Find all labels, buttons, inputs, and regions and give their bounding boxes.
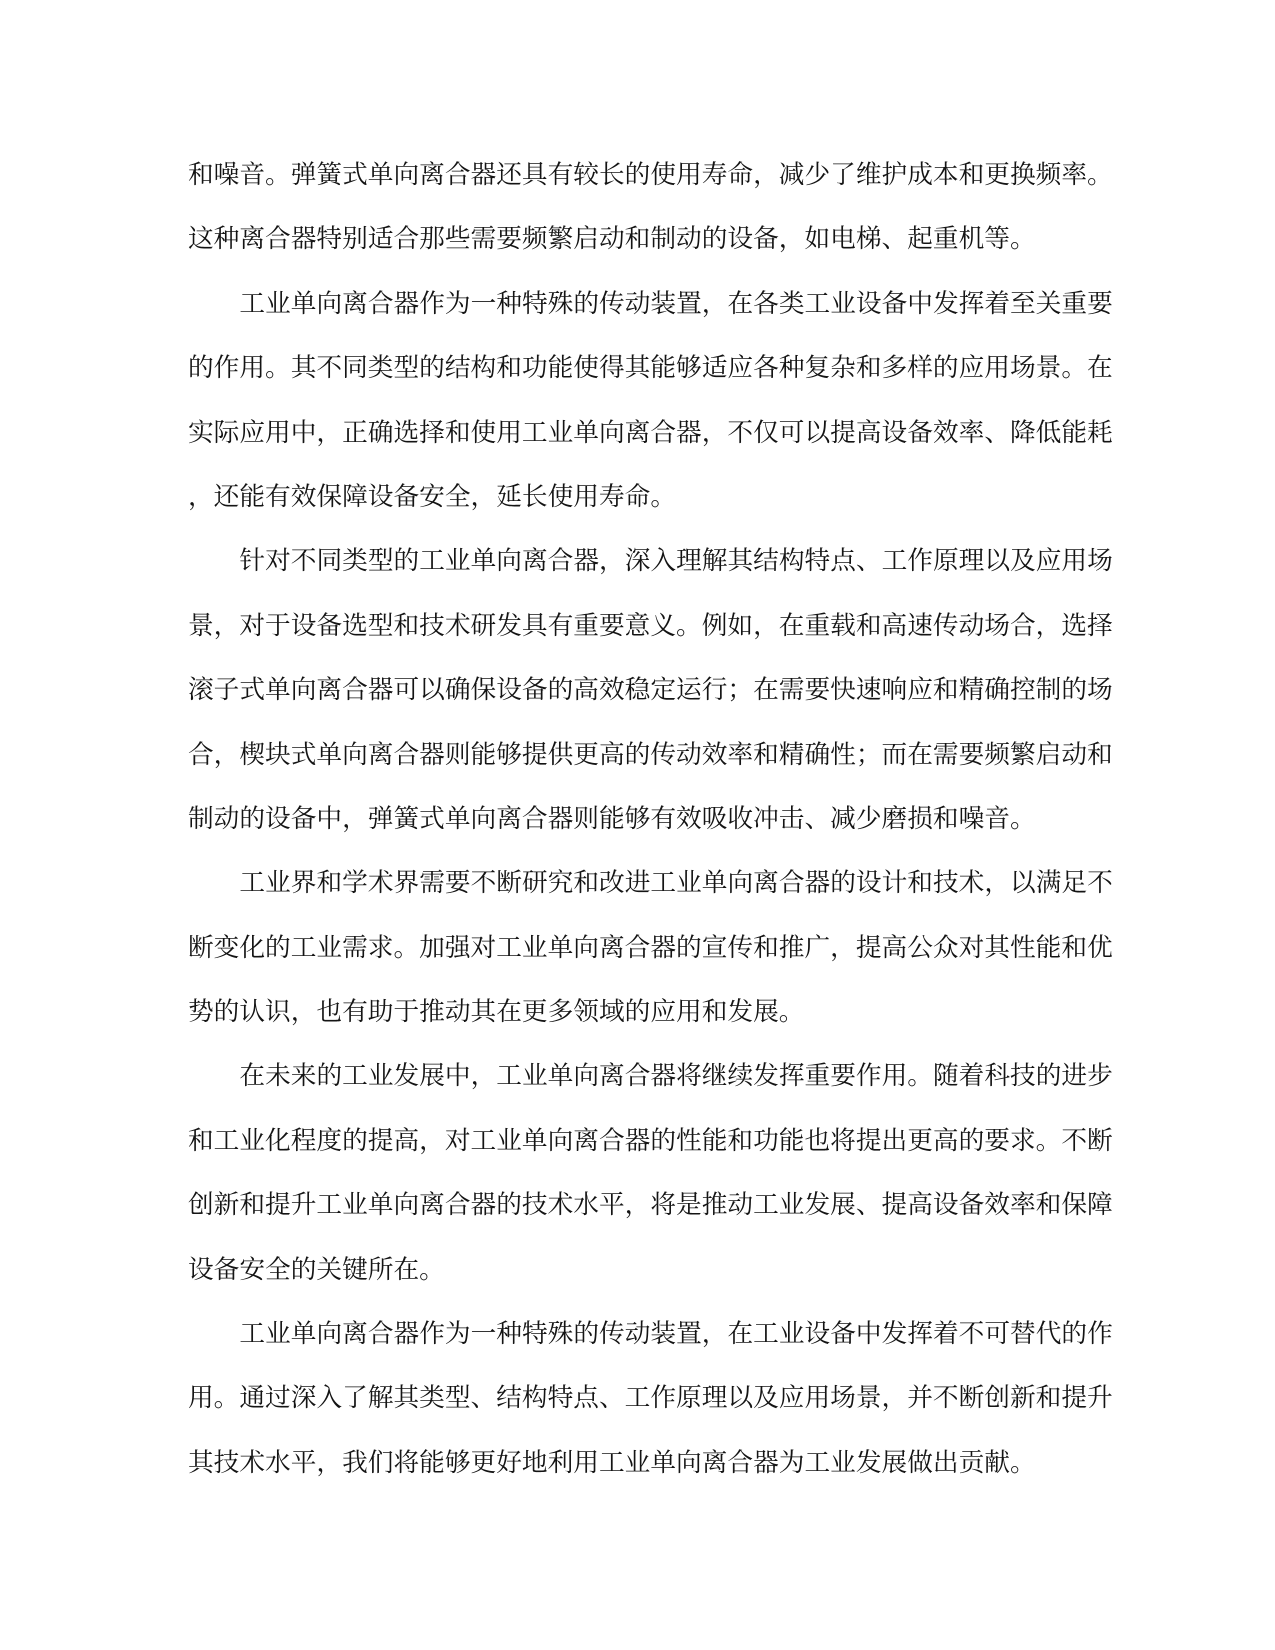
document-page: 和噪音。弹簧式单向离合器还具有较长的使用寿命，减少了维护成本和更换频率。 这种离… <box>188 143 1088 1495</box>
text-line: 创新和提升工业单向离合器的技术水平，将是推动工业发展、提高设备效率和保障 <box>188 1173 1088 1237</box>
text-line: ，还能有效保障设备安全，延长使用寿命。 <box>188 465 1088 529</box>
text-line: 的作用。其不同类型的结构和功能使得其能够适应各种复杂和多样的应用场景。在 <box>188 336 1088 400</box>
paragraph-2: 工业单向离合器作为一种特殊的传动装置，在各类工业设备中发挥着至关重要 的作用。其… <box>188 272 1088 530</box>
text-line: 合，楔块式单向离合器则能够提供更高的传动效率和精确性；而在需要频繁启动和 <box>188 723 1088 787</box>
text-line: 用。通过深入了解其类型、结构特点、工作原理以及应用场景，并不断创新和提升 <box>188 1366 1088 1430</box>
text-line: 制动的设备中，弹簧式单向离合器则能够有效吸收冲击、减少磨损和噪音。 <box>188 787 1088 851</box>
text-line: 针对不同类型的工业单向离合器，深入理解其结构特点、工作原理以及应用场 <box>188 529 1088 593</box>
text-line: 实际应用中，正确选择和使用工业单向离合器，不仅可以提高设备效率、降低能耗 <box>188 401 1088 465</box>
text-line: 工业单向离合器作为一种特殊的传动装置，在各类工业设备中发挥着至关重要 <box>188 272 1088 336</box>
text-line: 在未来的工业发展中，工业单向离合器将继续发挥重要作用。随着科技的进步 <box>188 1044 1088 1108</box>
text-line: 断变化的工业需求。加强对工业单向离合器的宣传和推广，提高公众对其性能和优 <box>188 916 1088 980</box>
text-line: 势的认识，也有助于推动其在更多领域的应用和发展。 <box>188 980 1088 1044</box>
text-line: 和工业化程度的提高，对工业单向离合器的性能和功能也将提出更高的要求。不断 <box>188 1109 1088 1173</box>
paragraph-5: 在未来的工业发展中，工业单向离合器将继续发挥重要作用。随着科技的进步 和工业化程… <box>188 1044 1088 1302</box>
paragraph-6: 工业单向离合器作为一种特殊的传动装置，在工业设备中发挥着不可替代的作 用。通过深… <box>188 1302 1088 1495</box>
paragraph-4: 工业界和学术界需要不断研究和改进工业单向离合器的设计和技术，以满足不 断变化的工… <box>188 851 1088 1044</box>
text-line: 其技术水平，我们将能够更好地利用工业单向离合器为工业发展做出贡献。 <box>188 1431 1088 1495</box>
text-line: 设备安全的关键所在。 <box>188 1238 1088 1302</box>
text-line: 工业单向离合器作为一种特殊的传动装置，在工业设备中发挥着不可替代的作 <box>188 1302 1088 1366</box>
text-line: 和噪音。弹簧式单向离合器还具有较长的使用寿命，减少了维护成本和更换频率。 <box>188 143 1088 207</box>
text-line: 工业界和学术界需要不断研究和改进工业单向离合器的设计和技术，以满足不 <box>188 851 1088 915</box>
paragraph-1: 和噪音。弹簧式单向离合器还具有较长的使用寿命，减少了维护成本和更换频率。 这种离… <box>188 143 1088 272</box>
text-line: 滚子式单向离合器可以确保设备的高效稳定运行；在需要快速响应和精确控制的场 <box>188 658 1088 722</box>
text-line: 这种离合器特别适合那些需要频繁启动和制动的设备，如电梯、起重机等。 <box>188 207 1088 271</box>
paragraph-3: 针对不同类型的工业单向离合器，深入理解其结构特点、工作原理以及应用场 景，对于设… <box>188 529 1088 851</box>
text-line: 景，对于设备选型和技术研发具有重要意义。例如，在重载和高速传动场合，选择 <box>188 594 1088 658</box>
